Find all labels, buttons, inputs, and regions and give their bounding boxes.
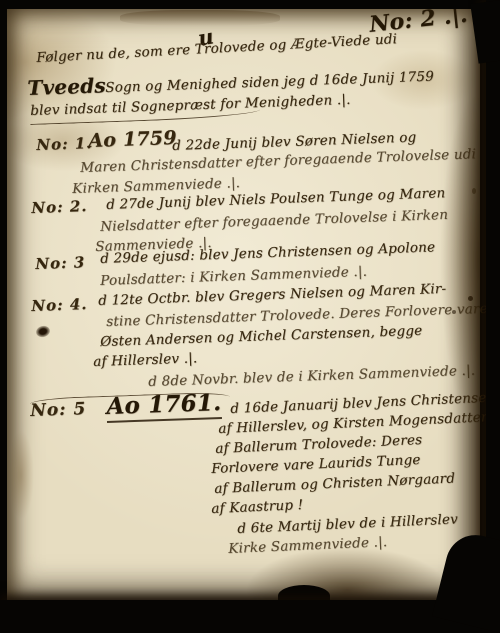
entry-1-year: Ao 1759 <box>88 127 177 152</box>
manuscript-scan: No: 2 .|. u Følger nu de, som ere Trolov… <box>0 0 500 633</box>
entry-1-label: No: 1. <box>36 134 93 154</box>
entry-5-year: Ao 1761. <box>106 389 222 423</box>
entry-5-label: No: 5 <box>30 399 87 421</box>
entry-2-label: No: 2. <box>31 197 88 217</box>
scan-edge-left <box>0 0 7 633</box>
scan-edge-top <box>0 0 500 9</box>
entry-4-label: No: 4. <box>31 295 88 315</box>
entry-3-label: No: 3 <box>35 253 86 273</box>
intro-place-name: Tveeds <box>27 73 106 100</box>
scan-edge-bottom <box>0 600 500 633</box>
